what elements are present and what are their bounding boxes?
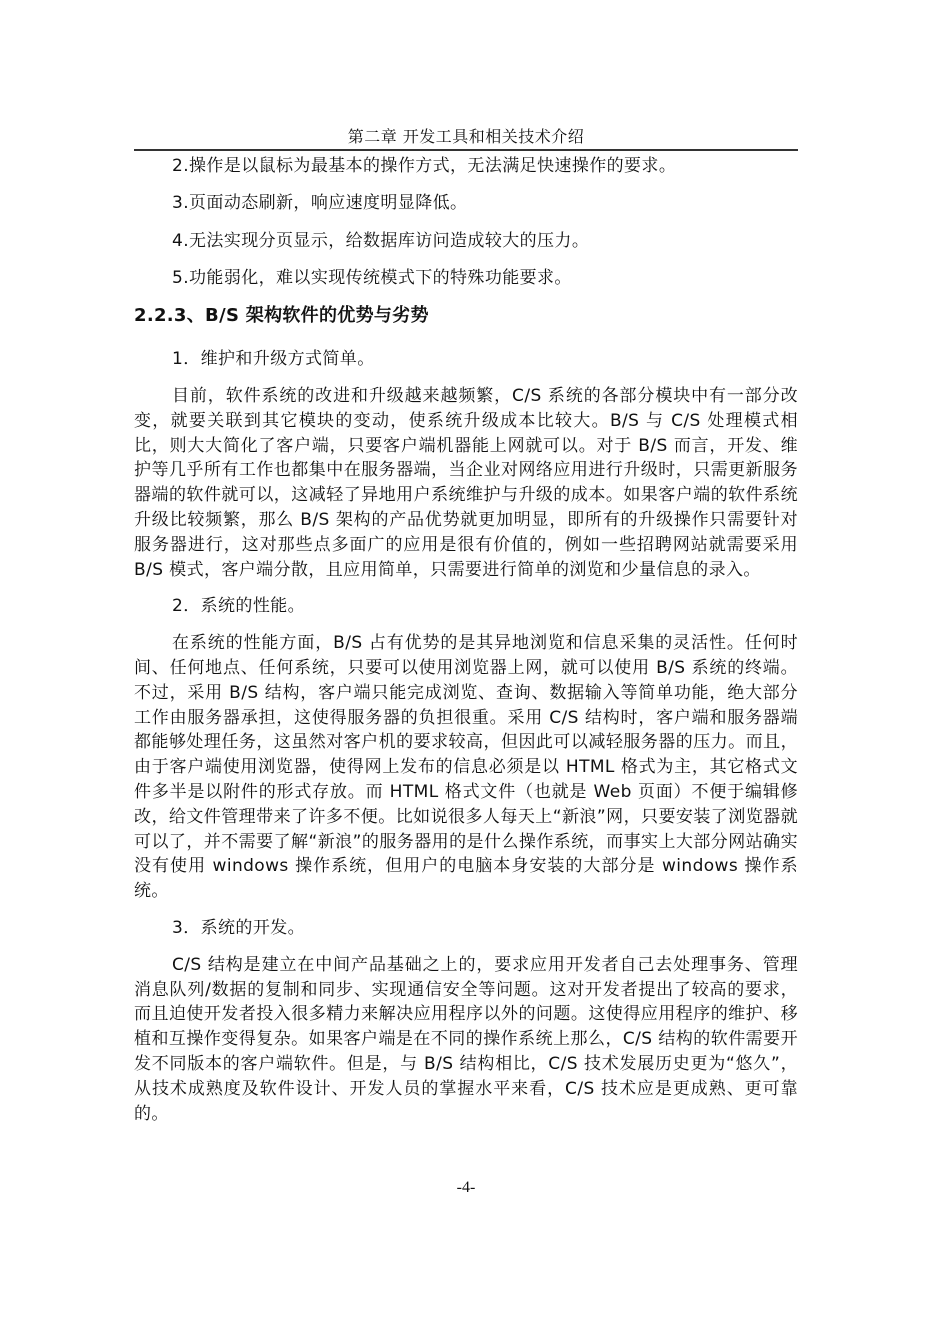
paragraph: 目前，软件系统的改进和升级越来越频繁，C/S 系统的各部分模块中有一部分改变，就… <box>134 384 798 582</box>
list-item: 4.无法实现分页显示，给数据库访问造成较大的压力。 <box>134 229 798 254</box>
paragraph: C/S 结构是建立在中间产品基础之上的，要求应用开发者自己去处理事务、管理消息队… <box>134 953 798 1127</box>
paragraph: 在系统的性能方面，B/S 占有优势的是其异地浏览和信息采集的灵活性。任何时间、任… <box>134 631 798 904</box>
list-item: 3.页面动态刷新，响应速度明显降低。 <box>134 191 798 216</box>
header-divider <box>134 149 798 151</box>
section-heading: 2.2.3、B/S 架构软件的优势与劣势 <box>134 303 798 329</box>
list-item: 2.操作是以鼠标为最基本的操作方式，无法满足快速操作的要求。 <box>134 154 798 179</box>
list-item: 5.功能弱化，难以实现传统模式下的特殊功能要求。 <box>134 266 798 291</box>
subsection-heading: 1．维护和升级方式简单。 <box>134 347 798 372</box>
running-header: 第二章 开发工具和相关技术介绍 <box>134 126 798 148</box>
page-body: 2.操作是以鼠标为最基本的操作方式，无法满足快速操作的要求。 3.页面动态刷新，… <box>134 154 798 1138</box>
page-number: -4- <box>134 1178 798 1198</box>
subsection-heading: 3．系统的开发。 <box>134 916 798 941</box>
subsection-heading: 2．系统的性能。 <box>134 594 798 619</box>
